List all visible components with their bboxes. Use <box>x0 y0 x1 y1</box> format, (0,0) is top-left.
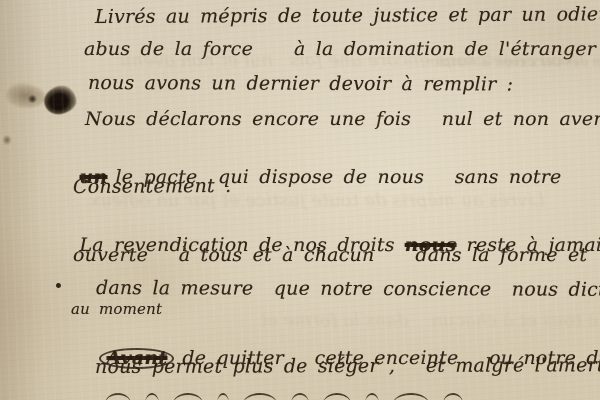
margin-dot <box>56 283 61 288</box>
manuscript-line-12: nous permet plus de siéger , et malgré l… <box>95 353 600 379</box>
manuscript-line-8: ouverte à tous et à chacun dans la forme… <box>73 243 587 267</box>
manuscript-line-2: abus de la force à la domination de l'ét… <box>84 37 600 61</box>
manuscript-line-6: Consentement . <box>73 174 232 199</box>
interlinear-insertion-au-moment: au moment <box>71 300 162 318</box>
manuscript-line-3: nous avons un dernier devoir à remplir : <box>88 71 513 96</box>
manuscript-line-4: Nous déclarons encore une fois nul et no… <box>85 107 600 131</box>
manuscript-line-9: dans la mesure que notre conscience nous… <box>96 276 600 302</box>
manuscript-line-1: Livrés au mépris de toute justice et par… <box>95 2 600 29</box>
cutoff-line <box>105 393 463 400</box>
